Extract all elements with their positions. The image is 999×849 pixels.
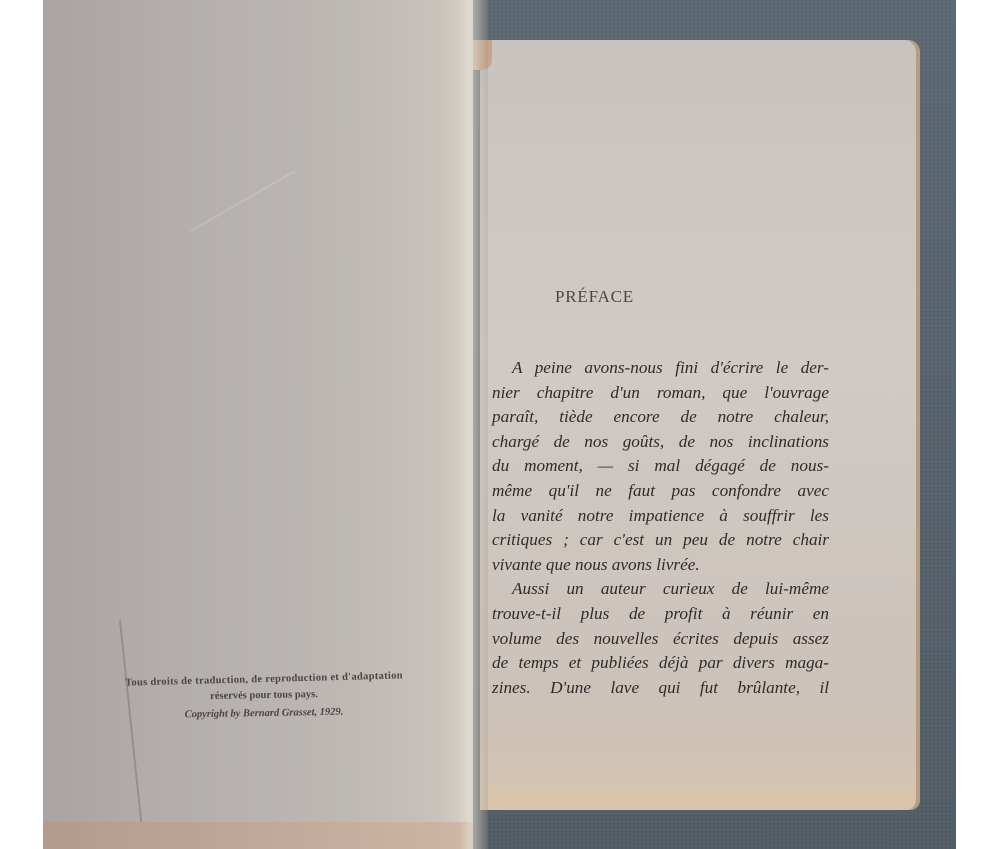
page-bottom-edge bbox=[43, 822, 473, 849]
text-line: du moment, — si mal dégagé de nous- bbox=[492, 454, 829, 479]
text-line: paraît, tiède encore de notre chaleur, bbox=[492, 405, 829, 430]
page-fold-highlight bbox=[191, 170, 296, 232]
text-line: zines. D'une lave qui fut brûlante, il bbox=[492, 676, 829, 701]
text-line: trouve-t-il plus de profit à réunir en bbox=[492, 602, 829, 627]
text-line: Aussi un auteur curieux de lui-même bbox=[492, 577, 829, 602]
preface-heading: PRÉFACE bbox=[555, 287, 634, 307]
text-line: chargé de nos goûts, de nos inclinations bbox=[492, 430, 829, 455]
text-line: critiques ; car c'est un peu de notre ch… bbox=[492, 528, 829, 553]
text-line: même qu'il ne faut pas confondre avec bbox=[492, 479, 829, 504]
text-line: nier chapitre d'un roman, que l'ouvrage bbox=[492, 381, 829, 406]
text-line: vivante que nous avons livrée. bbox=[492, 553, 829, 578]
text-line: de temps et publiées déjà par divers mag… bbox=[492, 651, 829, 676]
text-line: la vanité notre impatience à souffrir le… bbox=[492, 504, 829, 529]
page-crease bbox=[119, 620, 145, 849]
copyright-notice: Tous droits de traduction, de reproducti… bbox=[64, 672, 464, 722]
text-line: A peine avons-nous fini d'écrire le der- bbox=[492, 356, 829, 381]
text-line: volume des nouvelles écrites depuis asse… bbox=[492, 627, 829, 652]
preface-text: A peine avons-nous fini d'écrire le der-… bbox=[492, 356, 829, 700]
